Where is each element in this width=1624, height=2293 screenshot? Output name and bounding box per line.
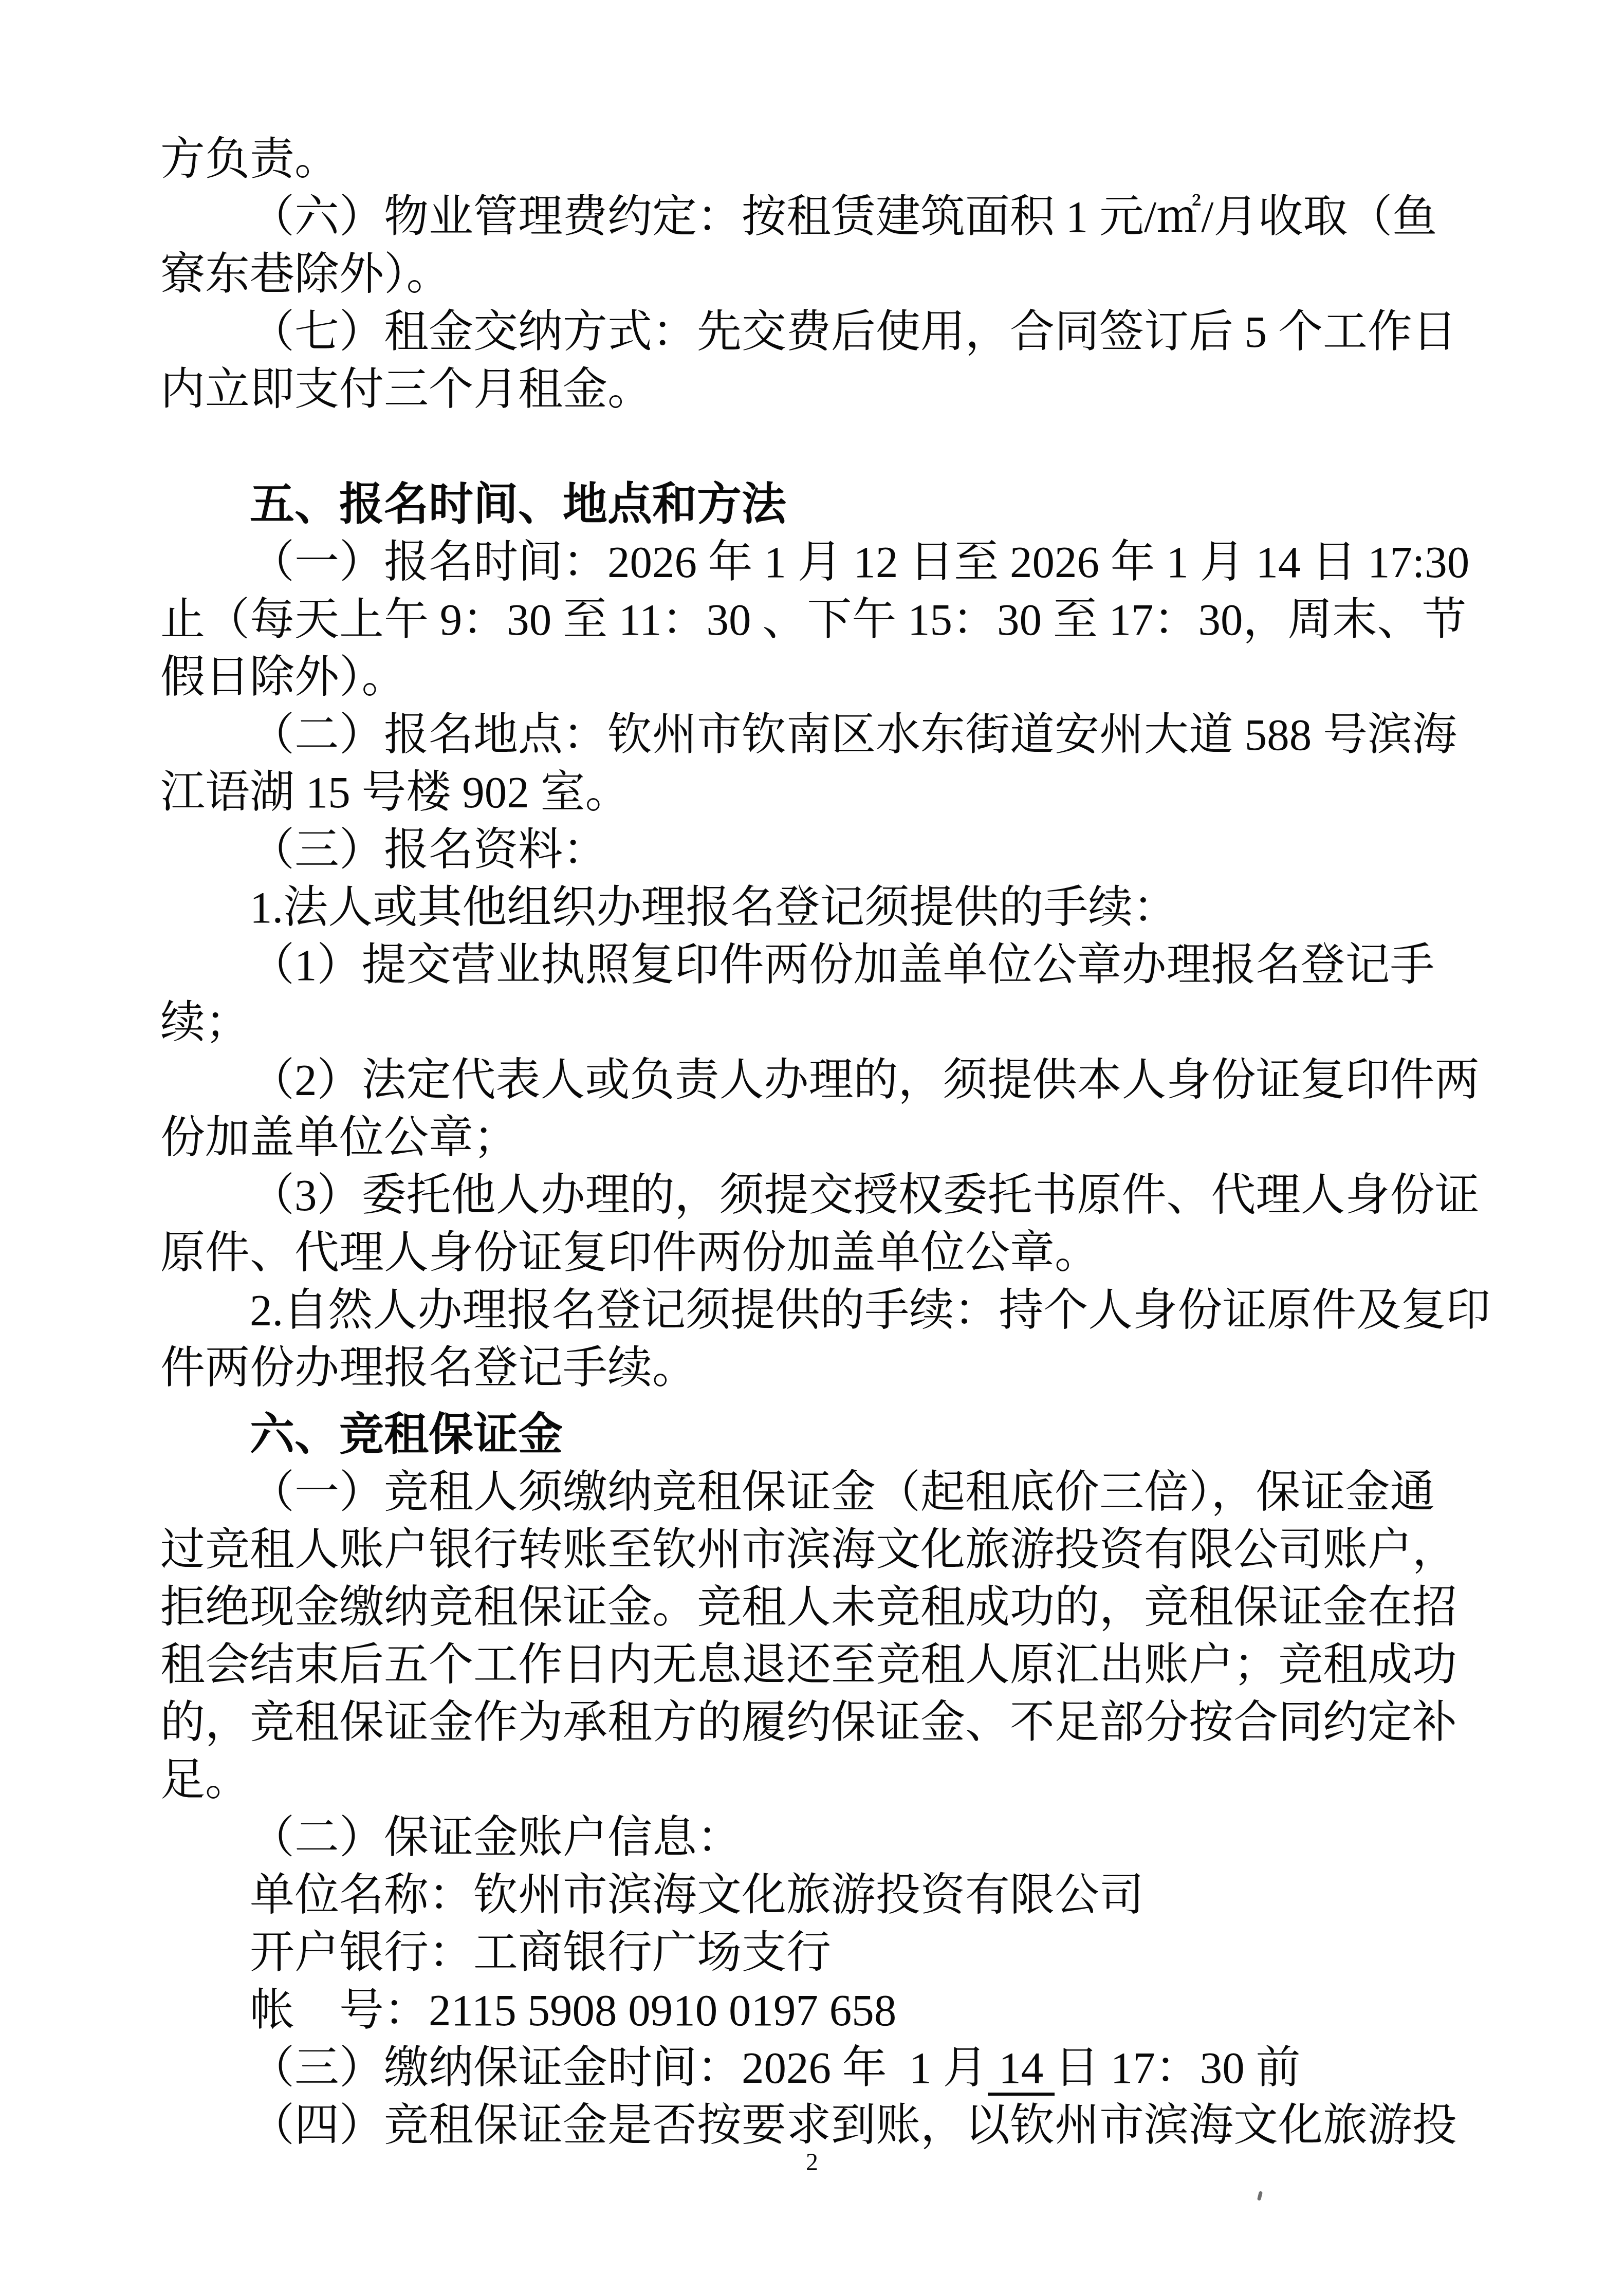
text-line: 租会结束后五个工作日内无息退还至竞租人原汇出账户；竞租成功	[160, 1636, 1480, 1694]
text-line: 单位名称：钦州市滨海文化旅游投资有限公司	[160, 1866, 1480, 1924]
text-line: （一）报名时间：2026 年 1 月 12 日至 2026 年 1 月 14 日…	[160, 533, 1480, 591]
scan-artifact-mark	[1257, 2191, 1263, 2200]
text-line: 寮东巷除外）。	[160, 246, 1480, 303]
text-line: （一）竞租人须缴纳竞租保证金（起租底价三倍），保证金通	[160, 1464, 1480, 1521]
text-line: 的，竞租保证金作为承租方的履约保证金、不足部分按合同约定补	[160, 1694, 1480, 1751]
text-line: 内立即支付三个月租金。	[160, 361, 1480, 418]
text-line: （六）物业管理费约定：按租赁建筑面积 1 元/㎡/月收取（鱼	[160, 188, 1480, 246]
text-line: 止（每天上午 9：30 至 11：30 、下午 15：30 至 17：30，周末…	[160, 591, 1480, 649]
text-line: 帐 号：2115 5908 0910 0197 658	[160, 1982, 1480, 2039]
text-line: 1.法人或其他组织办理报名登记须提供的手续：	[160, 879, 1480, 936]
text-line: 2.自然人办理报名登记须提供的手续：持个人身份证原件及复印	[160, 1282, 1480, 1339]
text-line: （1）提交营业执照复印件两份加盖单位公章办理报名登记手	[160, 936, 1480, 994]
text-line: （三）报名资料：	[160, 821, 1480, 879]
text-line: （2）法定代表人或负责人办理的，须提供本人身份证复印件两	[160, 1051, 1480, 1109]
text-line: 原件、代理人身份证复印件两份加盖单位公章。	[160, 1224, 1480, 1282]
text-line: 拒绝现金缴纳竞租保证金。竞租人未竞租成功的，竞租保证金在招	[160, 1579, 1480, 1636]
text-line: 件两份办理报名登记手续。	[160, 1339, 1480, 1397]
text-line: 假日除外）。	[160, 649, 1480, 706]
text-line: 方负责。	[160, 131, 1480, 188]
document-body: 方负责。 （六）物业管理费约定：按租赁建筑面积 1 元/㎡/月收取（鱼 寮东巷除…	[160, 131, 1480, 2154]
text-line: 续；	[160, 994, 1480, 1051]
deadline-prefix: （三）缴纳保证金时间：2026 年 1 月	[250, 2043, 988, 2093]
text-line: （四）竞租保证金是否按要求到账，以钦州市滨海文化旅游投	[160, 2097, 1480, 2154]
text-line: 份加盖单位公章；	[160, 1109, 1480, 1167]
text-line-deposit-deadline: （三）缴纳保证金时间：2026 年 1 月 14 日 17：30 前	[160, 2039, 1480, 2097]
text-line: （七）租金交纳方式：先交费后使用，合同签订后 5 个工作日	[160, 303, 1480, 361]
deadline-suffix: 日 17：30 前	[1055, 2043, 1301, 2093]
document-page: 方负责。 （六）物业管理费约定：按租赁建筑面积 1 元/㎡/月收取（鱼 寮东巷除…	[0, 0, 1624, 2293]
text-line: （二）报名地点：钦州市钦南区水东街道安州大道 588 号滨海	[160, 706, 1480, 764]
text-line: （3）委托他人办理的，须提交授权委托书原件、代理人身份证	[160, 1167, 1480, 1224]
text-line: 过竞租人账户银行转账至钦州市滨海文化旅游投资有限公司账户，	[160, 1521, 1480, 1579]
text-line: 开户银行：工商银行广场支行	[160, 1924, 1480, 1982]
section-heading-six: 六、竞租保证金	[160, 1406, 1480, 1464]
text-line: 江语湖 15 号楼 902 室。	[160, 764, 1480, 821]
text-line: 足。	[160, 1751, 1480, 1809]
deadline-day-underlined: 14	[988, 2043, 1055, 2096]
page-number: 2	[0, 2147, 1624, 2178]
section-heading-five: 五、报名时间、地点和方法	[160, 476, 1480, 533]
text-line: （二）保证金账户信息：	[160, 1809, 1480, 1866]
